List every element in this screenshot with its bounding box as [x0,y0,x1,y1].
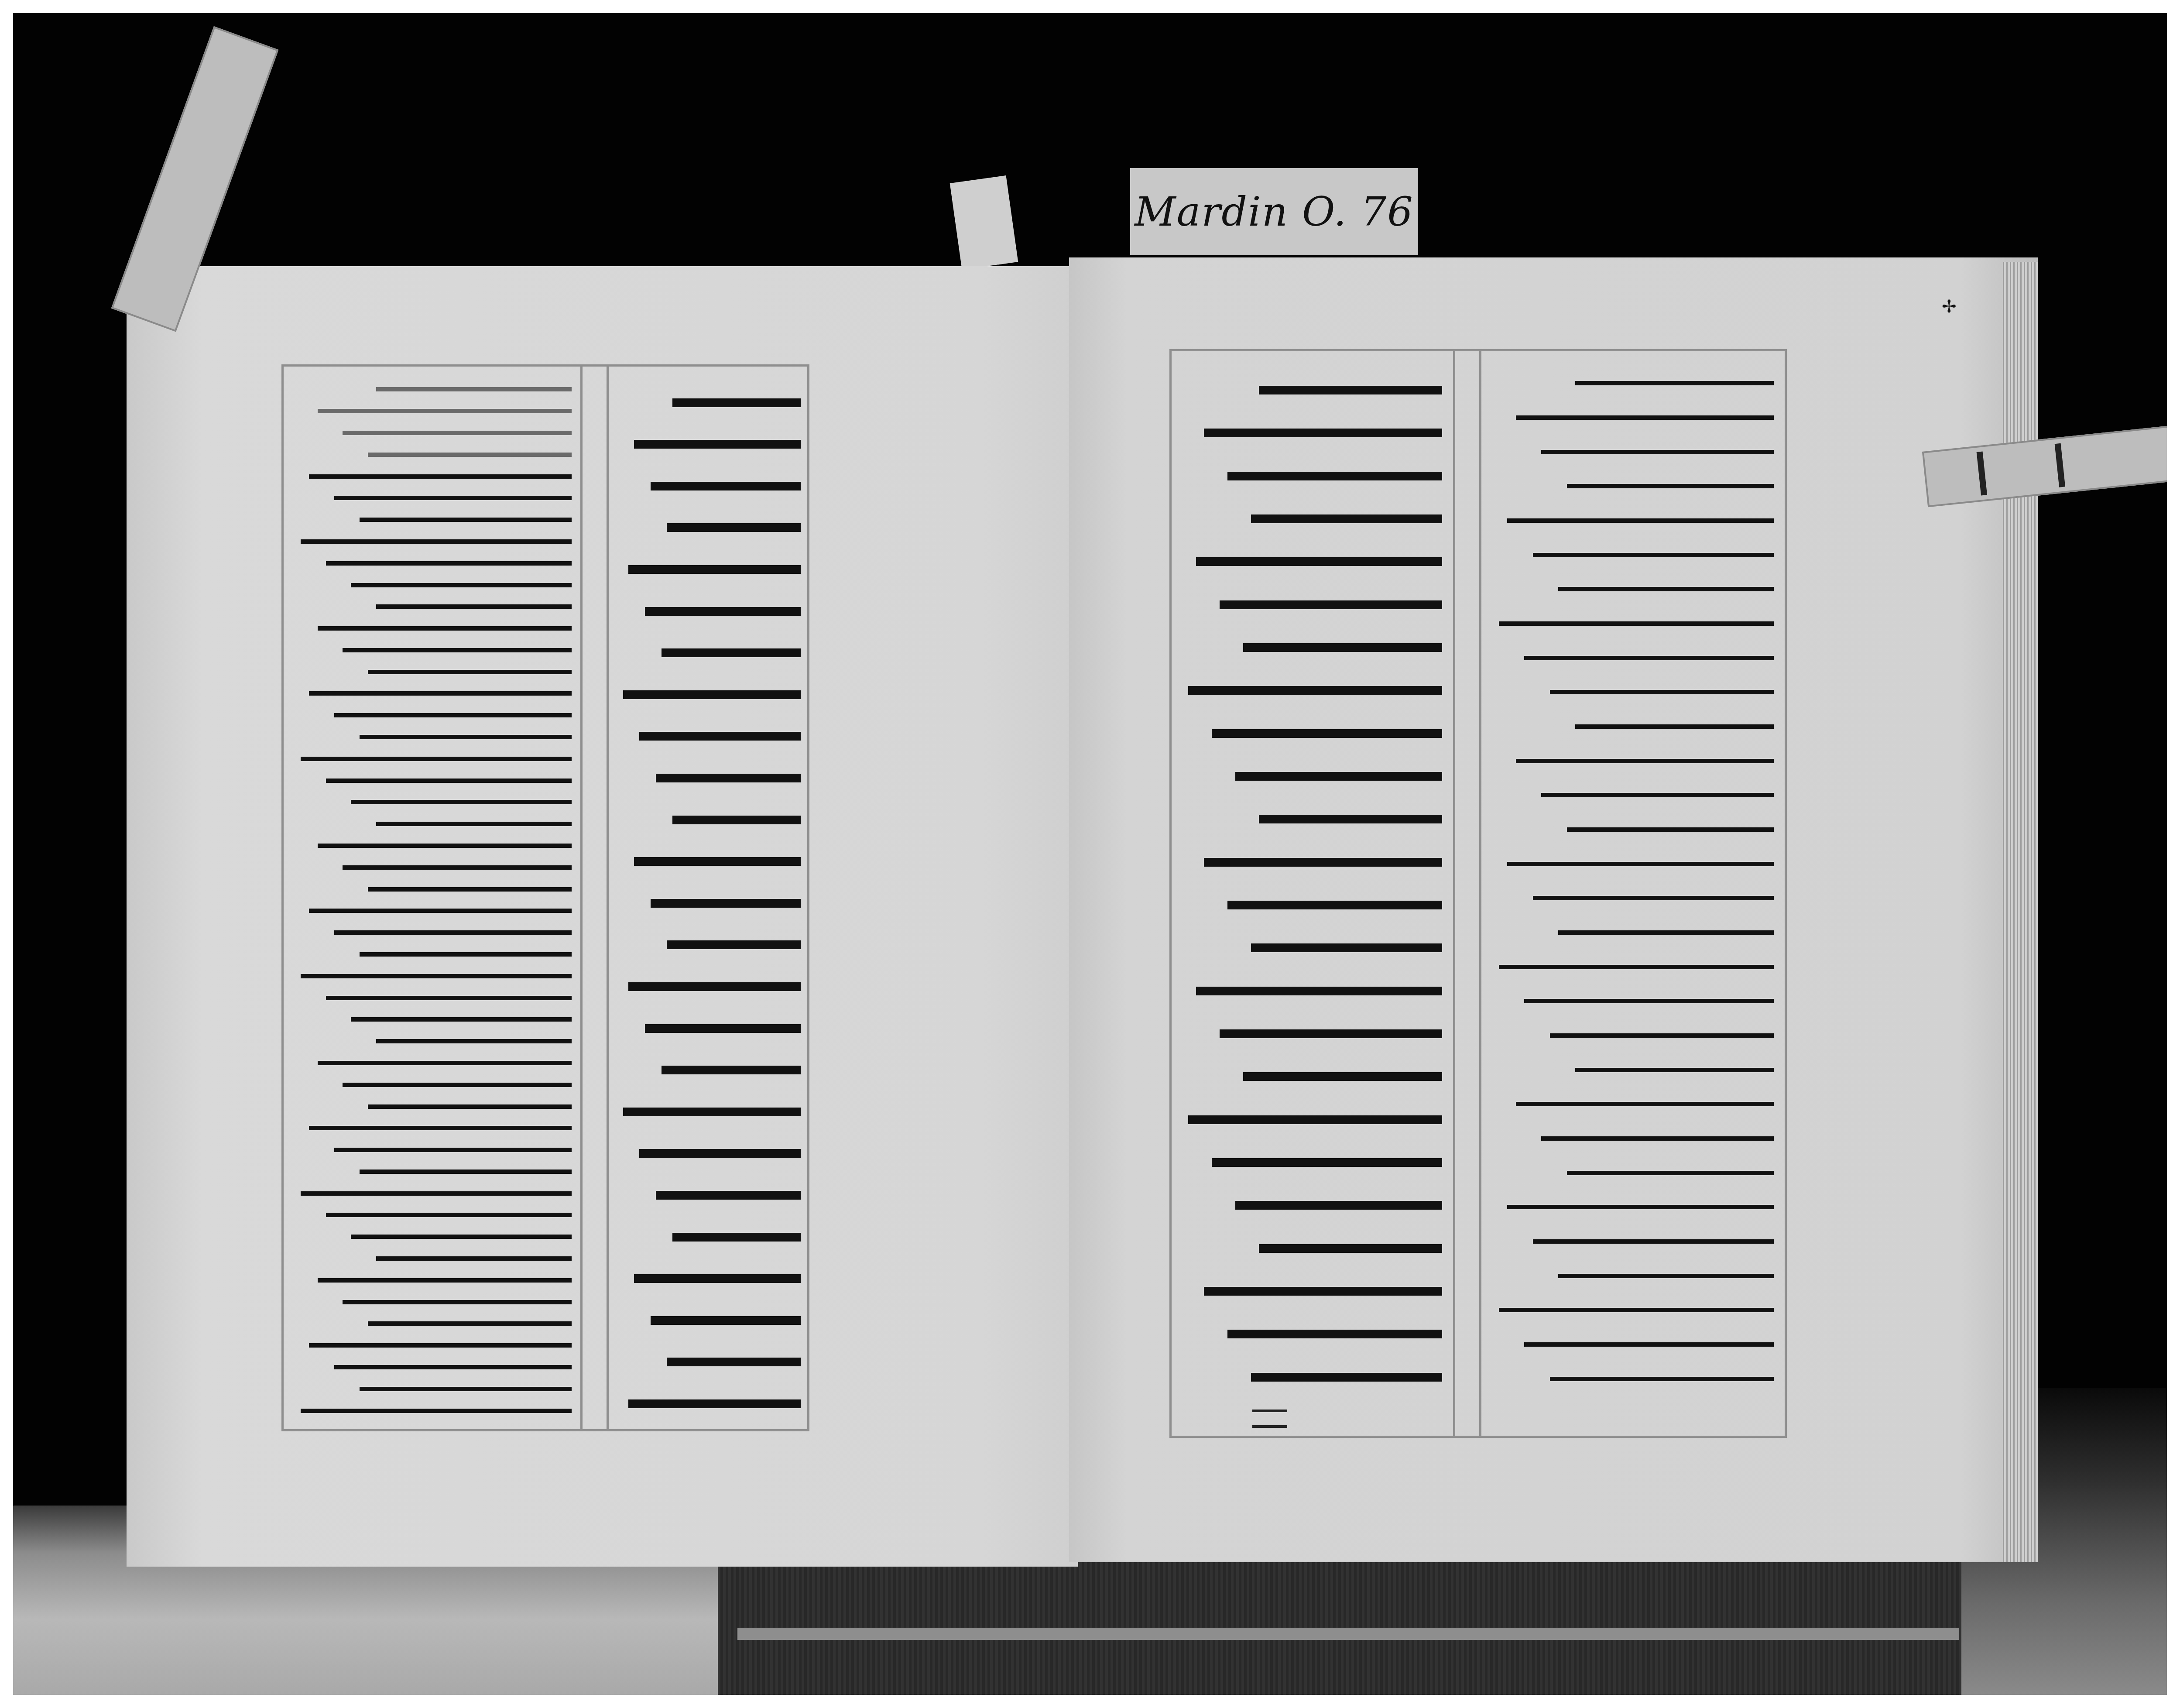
script-line [1524,1342,1774,1347]
script-line [1533,896,1774,900]
script-line [343,1083,572,1087]
script-line [1567,827,1774,832]
script-line [1204,429,1442,437]
script-line [1558,587,1774,591]
script-line [351,583,572,587]
script-line [326,561,572,566]
script-line [360,735,572,739]
script-line [343,431,572,435]
script-line [651,899,801,908]
script-line [667,1358,801,1366]
script-line [1533,1239,1774,1244]
script-line [667,523,801,532]
script-line [301,757,572,761]
script-line [1567,1171,1774,1175]
script-line [309,691,572,696]
script-line [343,1300,572,1304]
ruling-line [1479,349,1481,1436]
script-line [376,822,572,826]
script-line [1550,690,1774,694]
script-line [318,844,572,848]
script-line [309,909,572,913]
ruling-line [1785,349,1787,1436]
script-line [1516,759,1774,763]
script-line [368,670,572,674]
script-line [1204,858,1442,867]
script-line [368,887,572,892]
script-line [1499,1308,1774,1312]
script-line [672,1233,801,1242]
paper-tab [950,175,1018,270]
script-line [1251,514,1442,523]
script-line [1227,472,1442,480]
script-line [343,648,572,652]
script-line [1516,1102,1774,1106]
script-line [1575,724,1774,729]
script-line [360,952,572,957]
script-line [1243,1072,1442,1081]
script-line [343,865,572,870]
script-line [360,1170,572,1174]
script-line [1235,1201,1442,1210]
shelfmark-text: Mardin O. 76 [1135,189,1413,235]
script-line [623,690,801,699]
script-line [662,648,801,657]
script-line [1251,943,1442,952]
script-line [1533,553,1774,557]
ruling-line [580,364,583,1429]
script-line [1541,1136,1774,1141]
script-line [318,626,572,631]
script-line [1499,621,1774,626]
script-line [1251,1373,1442,1382]
ruling-line [281,1429,809,1431]
script-line [1507,1205,1774,1209]
script-line [301,1191,572,1196]
script-line [1575,1068,1774,1072]
script-line [376,604,572,609]
script-line [634,857,801,866]
script-line [1507,518,1774,523]
script-line [1235,772,1442,781]
script-line [1524,999,1774,1003]
script-line [1558,930,1774,935]
script-line [634,440,801,449]
script-line [360,1387,572,1391]
script-line [1516,415,1774,420]
script-line [368,1104,572,1109]
script-line [1227,1330,1442,1338]
script-line [376,1256,572,1261]
script-line [309,474,572,479]
script-line [1499,965,1774,969]
script-line [1220,600,1442,609]
ruling-line [1169,349,1172,1436]
script-line [1188,1115,1442,1124]
script-line [301,539,572,544]
script-line [623,1108,801,1116]
script-line [326,1213,572,1217]
script-line [672,398,801,407]
ruling-line [281,364,809,367]
script-line [326,779,572,783]
script-line [628,565,801,574]
script-line [645,607,801,616]
ruling-line [1453,349,1455,1436]
script-line [1259,815,1442,823]
script-line [1524,656,1774,660]
script-line [667,940,801,949]
script-line [656,774,801,782]
script-line [351,1017,572,1022]
script-line [309,1126,572,1130]
script-line [334,930,572,935]
left-page [127,266,1078,1567]
script-line [1196,987,1442,995]
shelfmark-label: Mardin O. 76 [1130,168,1418,255]
script-line [351,800,572,804]
script-line [1212,729,1442,738]
script-line [309,1343,572,1348]
script-line [639,732,801,741]
ruling-line [281,364,284,1429]
ruling-line [1169,349,1787,351]
script-line [1259,386,1442,394]
script-line [639,1149,801,1158]
script-line [1212,1158,1442,1167]
script-line [360,518,572,522]
script-line [662,1066,801,1074]
script-line [651,482,801,490]
script-line [1243,643,1442,652]
ruling-line [1169,1436,1787,1438]
script-line [301,1409,572,1413]
script-line [1558,1274,1774,1278]
script-line [334,1365,572,1369]
script-line [628,1399,801,1408]
script-line [318,409,572,413]
script-line [1196,557,1442,566]
ruling-line [607,364,609,1429]
script-line [368,453,572,457]
script-line [1227,901,1442,909]
script-line [326,996,572,1000]
script-line [376,387,572,391]
script-line [1220,1029,1442,1038]
script-line [1204,1287,1442,1296]
script-line [301,974,572,978]
cover-band [737,1628,1959,1640]
script-line [1575,381,1774,385]
right-page [1069,257,2038,1562]
script-line [672,816,801,824]
script-line [351,1235,572,1239]
script-line [645,1024,801,1033]
script-line [1541,793,1774,797]
script-line [1541,450,1774,454]
ornament-icon: ✢ [1942,297,1957,317]
script-line [318,1061,572,1065]
script-line [334,713,572,717]
script-line [1550,1377,1774,1381]
script-line [334,496,572,500]
script-line [1259,1244,1442,1253]
script-line [1188,686,1442,695]
script-line [628,982,801,991]
script-line [334,1148,572,1152]
script-line [318,1278,572,1283]
ruling-line [807,364,809,1429]
catchword [1252,1410,1287,1428]
script-line [1507,862,1774,866]
script-line [376,1039,572,1043]
manuscript-photo: ✢ Mardin O. 76 [13,13,2167,1695]
script-line [1567,484,1774,488]
script-line [651,1316,801,1325]
script-line [1550,1033,1774,1038]
script-line [656,1191,801,1200]
script-line [634,1274,801,1283]
script-line [368,1321,572,1326]
